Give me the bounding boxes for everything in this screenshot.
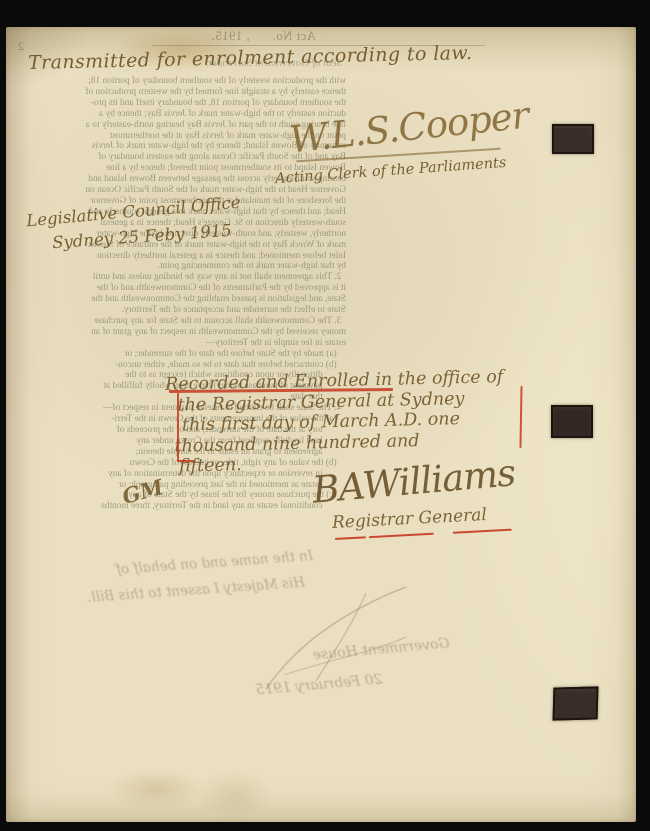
red-dash-underline — [453, 529, 512, 534]
printed-bleed-line: State, and legislation is passed enablin… — [62, 294, 346, 305]
printed-bleed-line: estate in fee simple in the Territory— — [62, 338, 346, 349]
printed-bleed-line: thence easterly by a straight line forme… — [62, 87, 346, 98]
registrar-title: Registrar General — [332, 505, 488, 533]
red-dash-underline — [369, 533, 434, 539]
printed-bleed-line: by that high-water mark to the commencin… — [62, 261, 346, 272]
registrar-title-group: Registrar General — [332, 505, 488, 533]
printed-bleed-line: Governor Head to the high-water mark of … — [62, 185, 346, 196]
printed-bleed-line: 2. This agreement shall not in any way b… — [62, 272, 346, 283]
binding-seal-square-bottom — [553, 686, 599, 720]
printed-bleed-line: (b) contracted before that date to be so… — [62, 360, 346, 371]
printed-bleed-line: conditional estate in any land in the Te… — [62, 501, 346, 512]
bleed-page-number: 2 — [18, 39, 24, 54]
printed-bleed-line: Inlet before mentioned; and thence in a … — [62, 251, 346, 262]
printed-bleed-line: the southern boundary of portion 18, the… — [62, 98, 346, 109]
transmittal-note: Transmitted for enrolment according to l… — [28, 42, 473, 74]
printed-bleed-line: 3. The Commonwealth shall account to the… — [62, 316, 346, 327]
printed-bleed-line: (a) made by the State before the date of… — [62, 349, 346, 360]
bleed-act-heading: Act No. , 1915. — [156, 29, 371, 44]
printed-bleed-line: (c) the purchase money for the lease by … — [62, 490, 346, 501]
red-bracket-right — [519, 386, 522, 448]
printed-bleed-line: with the production westerly of the sout… — [62, 76, 346, 87]
document-page: 2 Act No. , 1915. Seat of Government Sur… — [6, 27, 636, 822]
printed-bleed-line: estate as mentioned in the last precedin… — [62, 480, 346, 491]
printed-bleed-line: money received by the Commonwealth in re… — [62, 327, 346, 338]
red-dash-underline — [335, 536, 366, 540]
printed-bleed-line: it is approved by the Parliaments of the… — [62, 283, 346, 294]
binding-seal-square-middle — [551, 405, 593, 438]
printed-bleed-line: State to effect the surrender and accept… — [62, 305, 346, 316]
binding-seal-square-top — [552, 124, 594, 154]
